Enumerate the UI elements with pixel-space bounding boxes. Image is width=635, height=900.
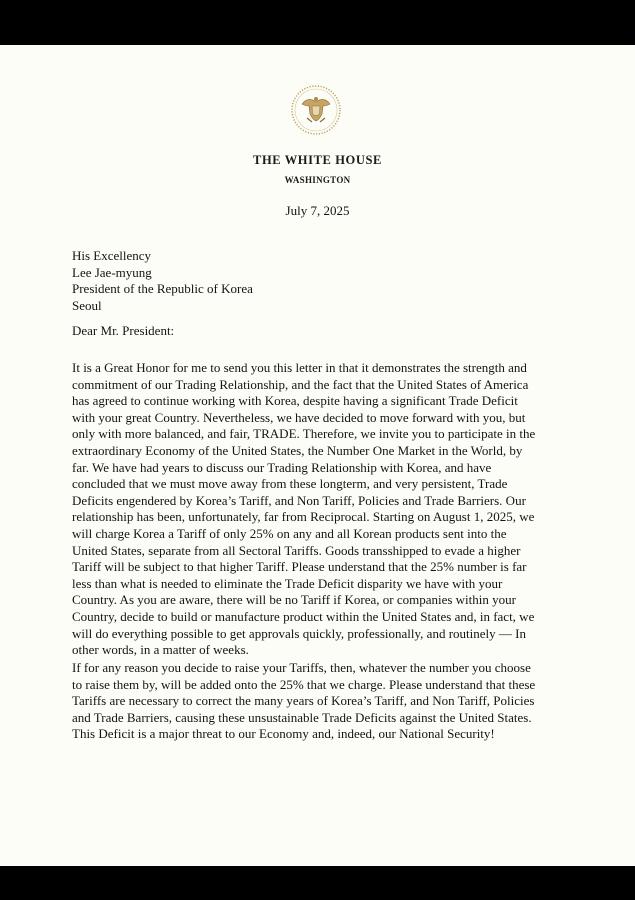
body-line: will do everything possible to get appro… [72, 626, 535, 643]
presidential-seal-icon [290, 84, 342, 136]
body-line: Tariff will be subject to that higher Ta… [72, 559, 535, 576]
letterhead-title: THE WHITE HOUSE [0, 153, 635, 168]
letter-page: THE WHITE HOUSE WASHINGTON July 7, 2025 … [0, 45, 635, 866]
body-line: Country, decide to build or manufacture … [72, 609, 535, 626]
addressee-line: Seoul [72, 298, 253, 315]
body-line: Country. As you are aware, there will be… [72, 592, 535, 609]
addressee-line: His Excellency [72, 248, 253, 265]
body-paragraph-1: It is a Great Honor for me to send you t… [72, 360, 535, 659]
body-line: has agreed to continue working with Kore… [72, 393, 535, 410]
body-line: commitment of our Trading Relationship, … [72, 377, 535, 394]
body-line: will charge Korea a Tariff of only 25% o… [72, 526, 535, 543]
salutation: Dear Mr. President: [72, 323, 174, 340]
body-line: United States, separate from all Sectora… [72, 543, 535, 560]
body-line: extraordinary Economy of the United Stat… [72, 443, 535, 460]
body-line: relationship has been, unfortunately, fa… [72, 509, 535, 526]
body-paragraph-2: If for any reason you decide to raise yo… [72, 660, 535, 743]
body-line: with your great Country. Nevertheless, w… [72, 410, 535, 427]
body-line: Deficits engendered by Korea’s Tariff, a… [72, 493, 535, 510]
body-line: less than what is needed to eliminate th… [72, 576, 535, 593]
addressee-line: President of the Republic of Korea [72, 281, 253, 298]
body-line: other words, in a matter of weeks. [72, 642, 535, 659]
body-line: to raise them by, will be added onto the… [72, 677, 535, 694]
bottom-black-band [0, 866, 635, 900]
body-line: Tariffs are necessary to correct the man… [72, 693, 535, 710]
body-line: If for any reason you decide to raise yo… [72, 660, 535, 677]
letterhead-subtitle: WASHINGTON [0, 175, 635, 185]
body-line: This Deficit is a major threat to our Ec… [72, 726, 535, 743]
letter-date: July 7, 2025 [0, 203, 635, 219]
body-line: far. We have had years to discuss our Tr… [72, 460, 535, 477]
body-line: It is a Great Honor for me to send you t… [72, 360, 535, 377]
body-line: only with more balanced, and fair, TRADE… [72, 426, 535, 443]
addressee-block: His Excellency Lee Jae-myung President o… [72, 248, 253, 314]
top-black-band [0, 0, 635, 45]
addressee-line: Lee Jae-myung [72, 265, 253, 282]
body-line: concluded that we must move away from th… [72, 476, 535, 493]
body-line: and Trade Barriers, causing these unsust… [72, 710, 535, 727]
